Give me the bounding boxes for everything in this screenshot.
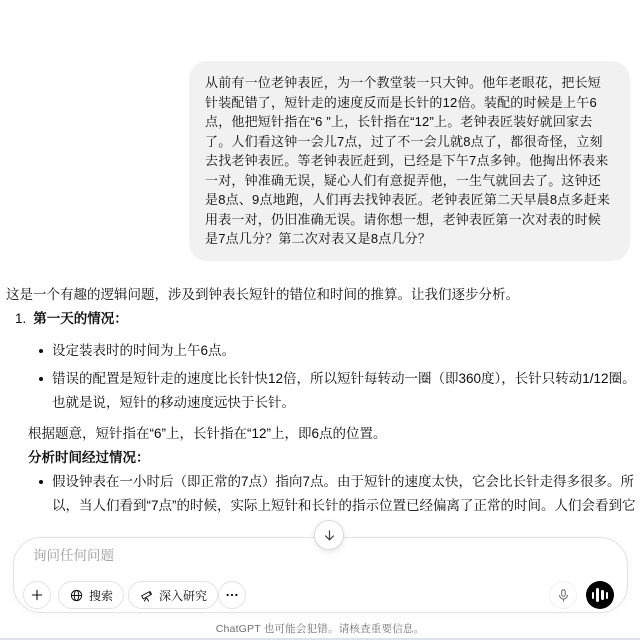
telescope-icon bbox=[139, 588, 154, 603]
mic-button[interactable] bbox=[549, 581, 577, 609]
bullet-item: 假设钟表在一小时后（即正常的7点）指向7点。由于短针的速度太快，它会比长针走得多… bbox=[6, 470, 638, 518]
mic-icon bbox=[556, 588, 571, 603]
intro-paragraph: 这是一个有趣的逻辑问题，涉及到钟表长短针的错位和时间的推算。让我们逐步分析。 bbox=[6, 283, 638, 307]
more-options-button[interactable] bbox=[218, 581, 246, 609]
globe-icon bbox=[69, 588, 84, 603]
scroll-to-bottom-button[interactable] bbox=[314, 520, 344, 550]
numbered-list-item: 1.第一天的情况： bbox=[6, 307, 638, 331]
bullet-dot-icon bbox=[39, 480, 43, 484]
section-subheading: 分析时间经过情况： bbox=[6, 446, 638, 470]
search-button[interactable]: 搜索 bbox=[58, 581, 124, 609]
composer: 询问任何问题 搜索 深入研究 bbox=[13, 537, 628, 613]
search-label: 搜索 bbox=[89, 587, 113, 604]
list-number: 1. bbox=[15, 311, 26, 326]
footer-disclaimer: ChatGPT 也可能会犯错。请核查重要信息。 bbox=[0, 621, 640, 636]
body-paragraph: 根据题意，短针指在“6”上，长针指在“12”上，即6点的位置。 bbox=[6, 422, 638, 446]
bullet-item: 设定装表时的时间为上午6点。 bbox=[6, 339, 638, 363]
arrow-down-icon bbox=[322, 528, 337, 543]
add-button[interactable] bbox=[23, 581, 51, 609]
composer-toolbar: 搜索 深入研究 bbox=[14, 581, 627, 609]
deep-research-button[interactable]: 深入研究 bbox=[128, 581, 218, 609]
voice-mode-button[interactable] bbox=[586, 581, 614, 609]
user-message-text: 从前有一位老钟表匠，为一个教堂装一只大钟。他年老眼花，把长短针装配错了，短针走的… bbox=[205, 75, 610, 246]
assistant-message: 这是一个有趣的逻辑问题，涉及到钟表长短针的错位和时间的推算。让我们逐步分析。 1… bbox=[6, 283, 638, 522]
bullet-dot-icon bbox=[39, 349, 43, 353]
bullet-text: 设定装表时的时间为上午6点。 bbox=[52, 343, 235, 358]
bullet-dot-icon bbox=[39, 377, 43, 381]
user-message-bubble: 从前有一位老钟表匠，为一个教堂装一只大钟。他年老眼花，把长短针装配错了，短针走的… bbox=[189, 61, 630, 261]
deep-research-label: 深入研究 bbox=[159, 587, 207, 604]
voice-waveform-icon bbox=[592, 588, 608, 602]
list-item-title: 第一天的情况： bbox=[33, 311, 128, 326]
ellipsis-icon bbox=[224, 587, 240, 603]
bullet-text: 错误的配置是短针走的速度比长针快12倍，所以短针每转动一圈（即360度），长针只… bbox=[52, 371, 636, 410]
plus-icon bbox=[29, 587, 45, 603]
message-input[interactable]: 询问任何问题 bbox=[33, 547, 114, 565]
bullet-text: 假设钟表在一小时后（即正常的7点）指向7点。由于短针的速度太快，它会比长针走得多… bbox=[52, 474, 636, 513]
bullet-item: 错误的配置是短针走的速度比长针快12倍，所以短针每转动一圈（即360度），长针只… bbox=[6, 367, 638, 415]
